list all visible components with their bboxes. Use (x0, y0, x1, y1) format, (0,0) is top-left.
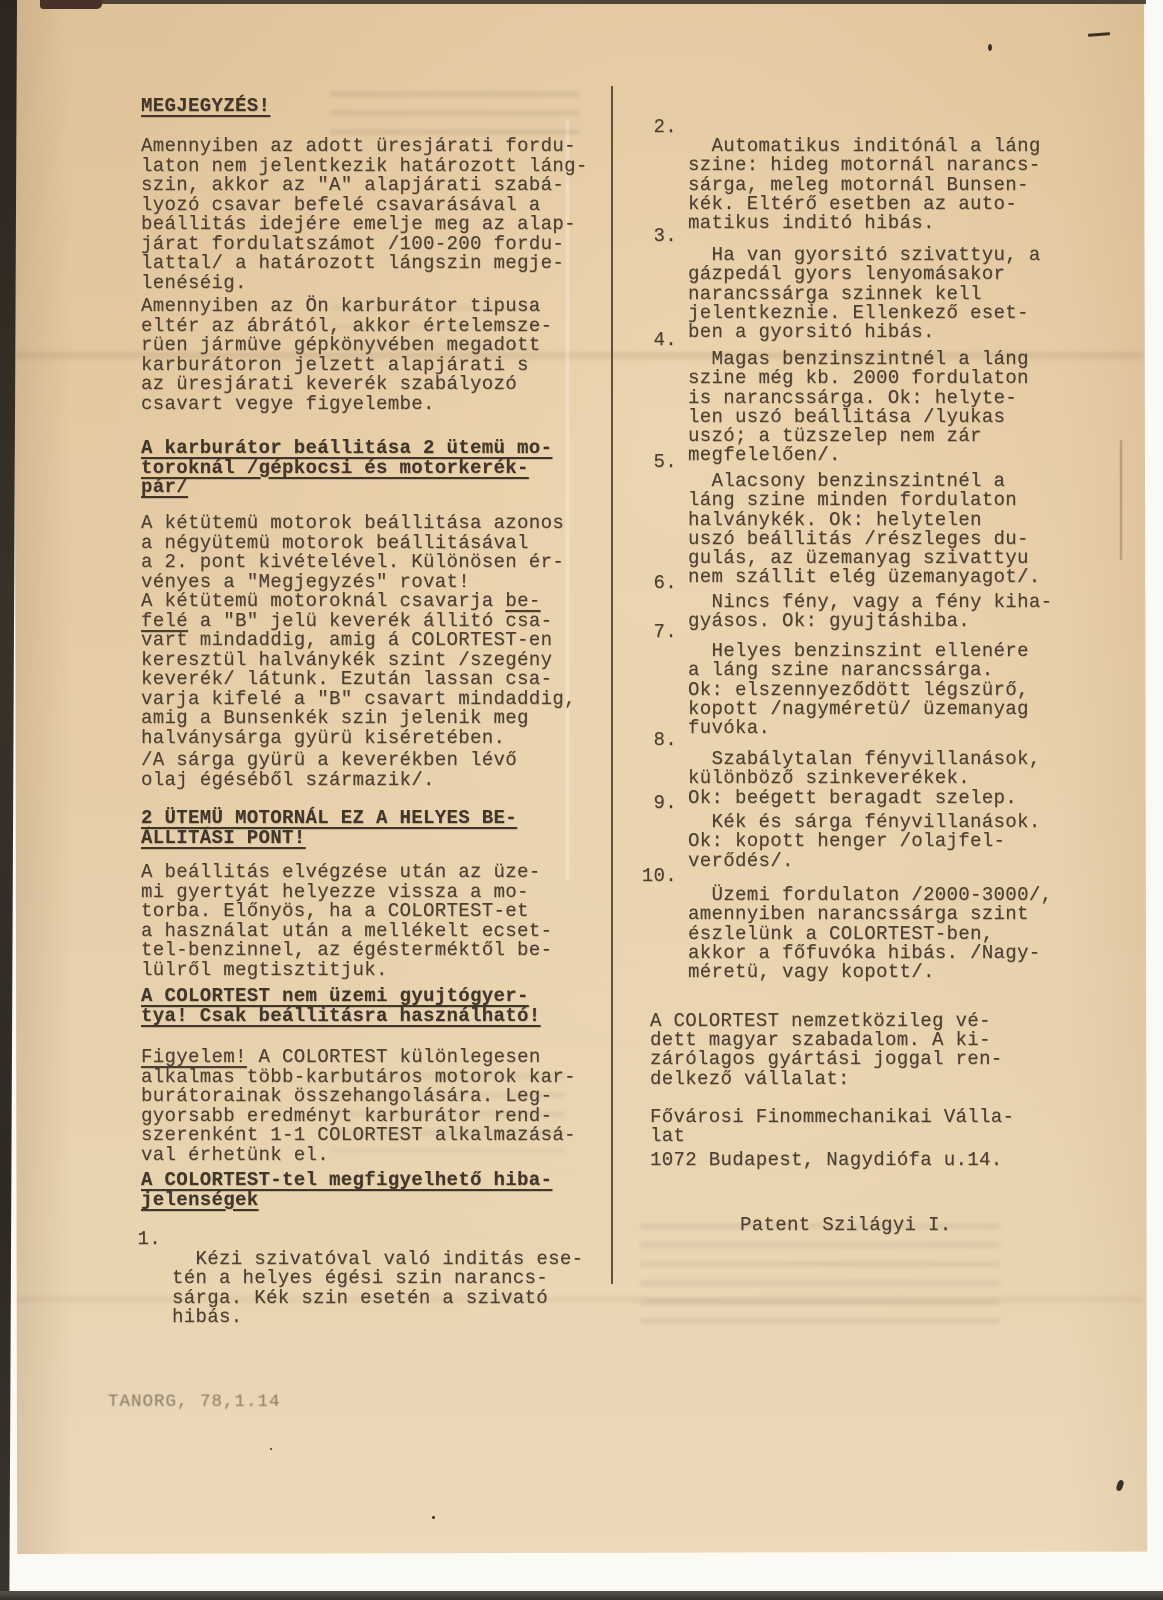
paragraph: Amennyiben az Ön karburátor tipusa eltér… (141, 297, 552, 414)
scan-edge-top-corner (40, 0, 102, 9)
list-item: 2.Automatikus inditónál a láng szine: hi… (688, 118, 1041, 233)
list-item-number: 3. (653, 227, 677, 246)
company-address: 1072 Budapest, Nagydiófa u.14. (650, 1151, 1003, 1170)
list-item: 5.Alacsony benzinszintnél a láng szine m… (688, 453, 1041, 587)
column-divider-line (611, 86, 613, 1284)
list-item-number: 10. (642, 867, 677, 886)
patent-paragraph: A COLORTEST nemzetközileg vé- dett magya… (650, 1012, 1003, 1089)
list-item-text: Automatikus inditónál a láng szine: hide… (688, 135, 1041, 234)
scan-edge-bottom (0, 1591, 1163, 1600)
paper-crease-vertical (1120, 440, 1122, 560)
section-heading: 2 ÜTEMÜ MOTORNÁL EZ A HELYES BE- ÁLLITÁS… (141, 809, 517, 848)
paragraph: A kétütemü motorok beállitása azonos a n… (141, 514, 576, 748)
list-item-text: Kézi szivatóval való inditás ese- tén a … (172, 1248, 583, 1329)
list-item-text: Alacsony benzinszintnél a láng szine min… (688, 470, 1041, 588)
section-heading: A karburátor beállitása 2 ütemü mo- toro… (141, 439, 552, 498)
bleed-through-smudge (330, 86, 580, 138)
list-item-number: 8. (653, 731, 677, 750)
list-item-text: Üzemi fordulaton /2000-3000/, amennyiben… (688, 884, 1052, 983)
paragraph: /A sárga gyürü a keverékben lévő olaj ég… (141, 751, 517, 790)
ink-speck (270, 1448, 272, 1450)
list-item-text: Helyes benzinszint ellenére a láng szine… (688, 640, 1029, 739)
paragraph: Figyelem! A COLORTEST különlegesen alkal… (141, 1048, 576, 1165)
list-item-text: Magas benzinszintnél a láng szine még kb… (688, 348, 1029, 466)
ink-speck (432, 1516, 435, 1519)
list-item-number: 4. (653, 331, 677, 350)
scan-edge-left (0, 0, 17, 1600)
list-item-text: Kék és sárga fényvillanások. Ok: kopott … (688, 811, 1041, 871)
section-heading: A COLORTEST-tel megfigyelhető hiba- jele… (141, 1171, 552, 1210)
paragraph-text: A kétütemü motorok beállitása azonos a n… (141, 512, 564, 612)
list-item-number: 6. (653, 574, 677, 593)
list-item: 7.Helyes benzinszint ellenére a láng szi… (688, 623, 1029, 738)
list-item: 1.Kézi szivatóval való inditás ese- tén … (172, 1230, 583, 1328)
signature: Patent Szilágyi I. (740, 1216, 952, 1235)
list-item-number: 1. (137, 1230, 161, 1250)
paragraph: A beállitás elvégzése után az üze- mi gy… (141, 863, 552, 980)
list-item-number: 9. (653, 794, 677, 813)
ink-speck (988, 44, 992, 51)
list-item: 9.Kék és sárga fényvillanások. Ok: kopot… (688, 794, 1041, 871)
list-item-number: 5. (653, 453, 677, 472)
section-heading: A COLORTEST nem üzemi gyujtógyer- tya! C… (141, 987, 541, 1026)
company-name: Fővárosi Finommechanikai Válla- lat (650, 1108, 1014, 1146)
note-heading: MEGJEGYZÉS! (141, 97, 270, 117)
list-item: 10.Üzemi fordulaton /2000-3000/, amennyi… (688, 867, 1052, 982)
paragraph: Amennyiben az adott üresjárati fordu- la… (141, 137, 588, 293)
print-code: TANORG, 78,1.14 (108, 1392, 281, 1412)
scanned-document-page: { "left_column": { "note_heading": "MEGJ… (0, 0, 1163, 1600)
list-item: 4.Magas benzinszintnél a láng szine még … (688, 331, 1029, 465)
list-item-text: Ha van gyorsitó szivattyu, a gázpedál gy… (688, 244, 1041, 343)
list-item: 3.Ha van gyorsitó szivattyu, a gázpedál … (688, 227, 1041, 342)
scan-edge-top (46, 0, 1146, 4)
paragraph-text: a "B" jelü keverék állitó csa- vart mind… (141, 610, 576, 749)
list-item-number: 2. (653, 118, 677, 137)
list-item-number: 7. (653, 623, 677, 642)
